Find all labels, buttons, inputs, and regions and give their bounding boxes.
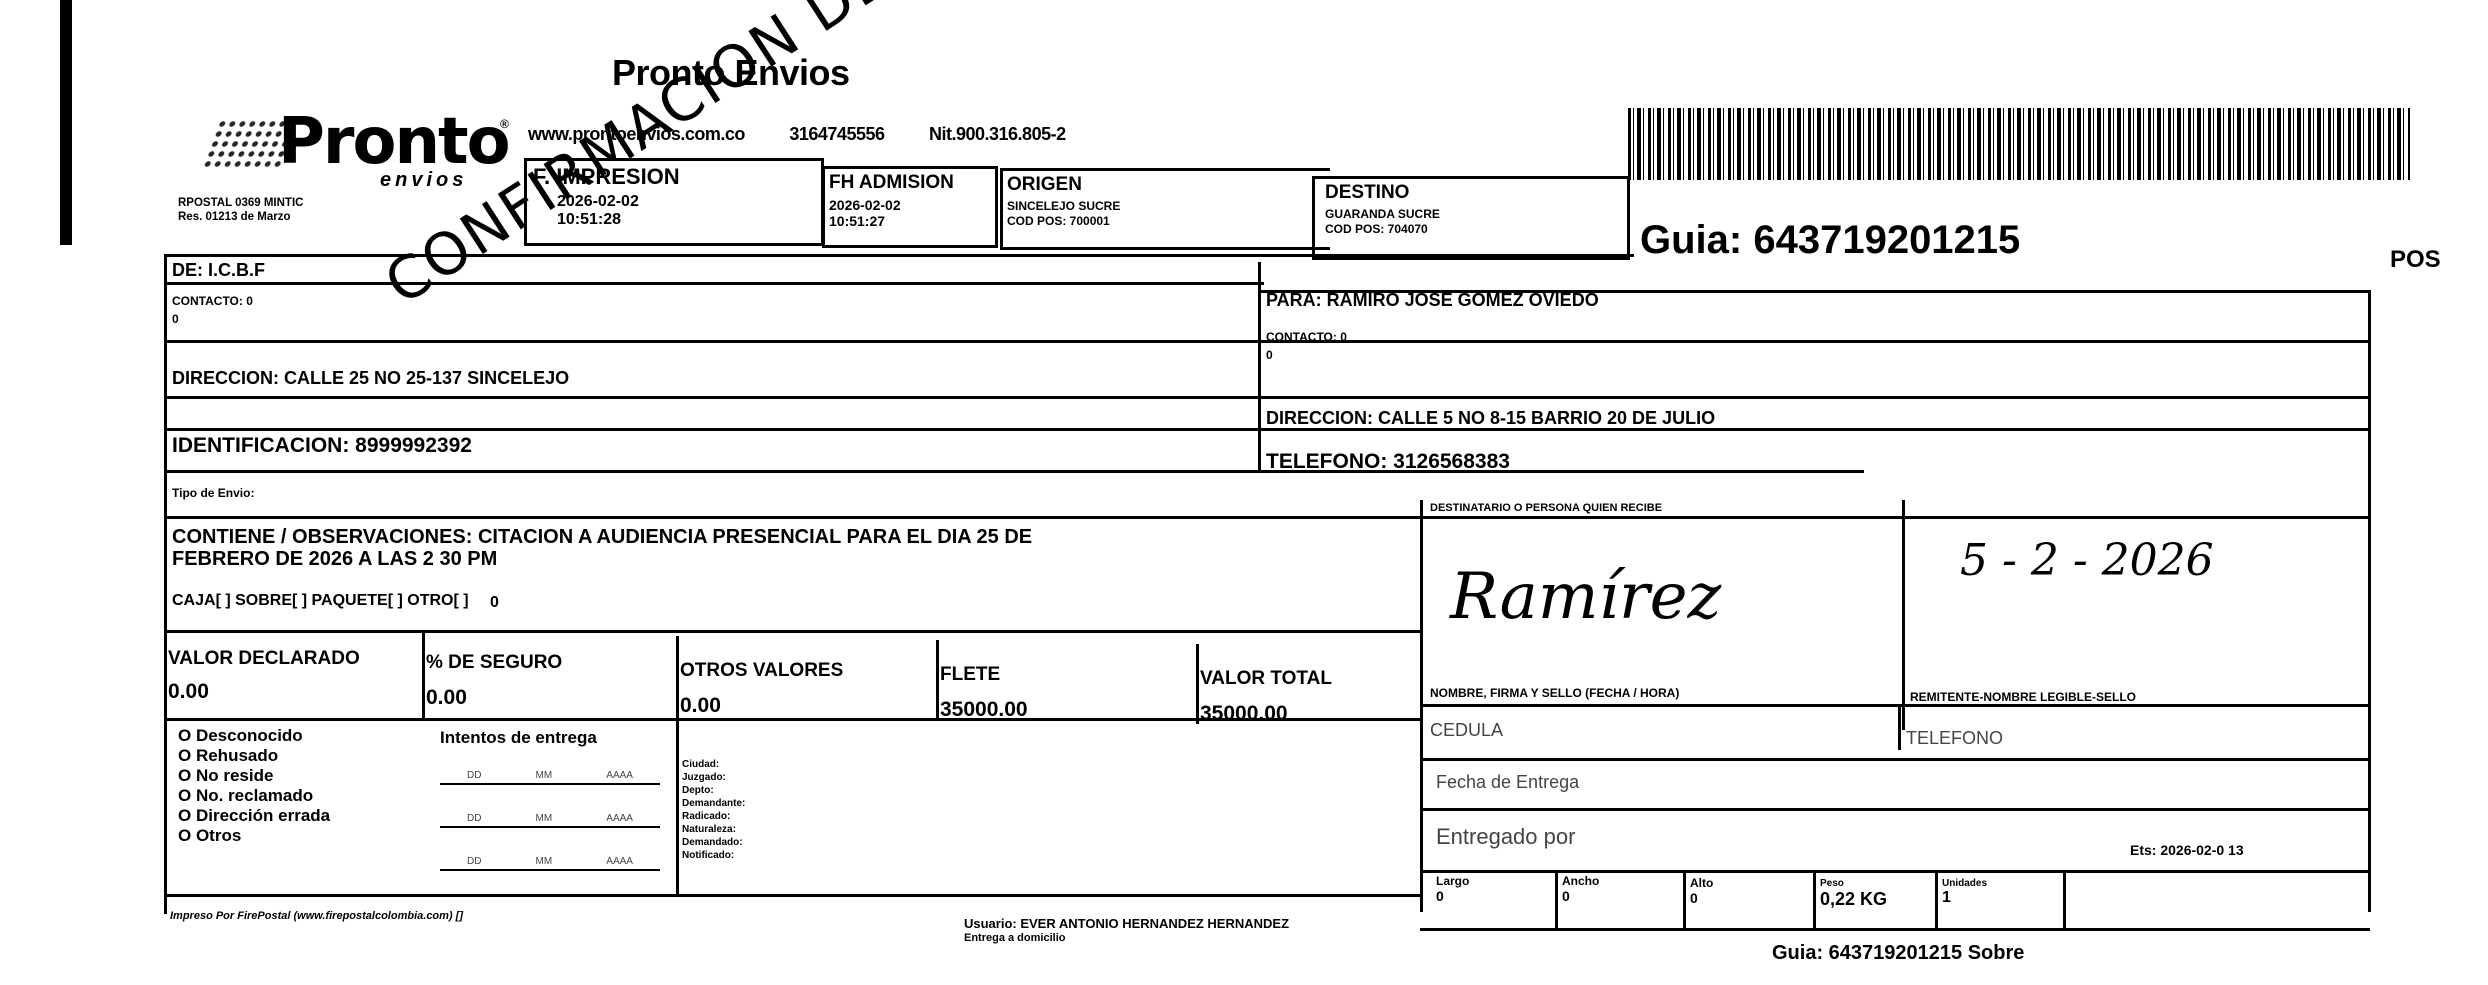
barcode bbox=[1628, 108, 2410, 180]
col-aaaa: AAAA bbox=[606, 813, 633, 824]
telefono-label: TELEFONO bbox=[1906, 728, 2003, 749]
reason-rehusado[interactable]: Rehusado bbox=[178, 746, 330, 766]
sender-name: DE: I.C.B.F bbox=[172, 260, 265, 281]
col-line bbox=[1196, 644, 1199, 724]
col-mm: MM bbox=[536, 770, 553, 781]
destino-box: DESTINO GUARANDA SUCRE COD POS: 704070 bbox=[1312, 176, 1630, 260]
col-aaaa: AAAA bbox=[606, 856, 633, 867]
tipo-envio-label: Tipo de Envio: bbox=[172, 486, 254, 500]
col-dd: DD bbox=[467, 770, 481, 781]
case-demandado: Demandado: bbox=[682, 836, 745, 849]
company-nit: Nit.900.316.805-2 bbox=[929, 124, 1066, 144]
case-juzgado: Juzgado: bbox=[682, 771, 745, 784]
destino-label: DESTINO bbox=[1315, 179, 1627, 207]
contiene-line-1: CONTIENE / OBSERVACIONES: CITACION A AUD… bbox=[172, 526, 1032, 549]
service-code: POS bbox=[2390, 246, 2441, 274]
case-demandante: Demandante: bbox=[682, 797, 745, 810]
recipient-address: DIRECCION: CALLE 5 NO 8-15 BARRIO 20 DE … bbox=[1266, 408, 1715, 429]
entrega-domicilio-label: Entrega a domicilio bbox=[964, 932, 1065, 944]
packaging-options: CAJA[ ] SOBRE[ ] PAQUETE[ ] OTRO[ ] bbox=[172, 592, 469, 610]
intentos-grid: DD MM AAAA DD MM AAAA DD MM AAAA bbox=[440, 770, 660, 871]
row-line bbox=[164, 470, 1864, 473]
intentos-label: Intentos de entrega bbox=[440, 728, 597, 748]
case-notificado: Notificado: bbox=[682, 849, 745, 862]
reason-no-reside[interactable]: No reside bbox=[178, 766, 330, 786]
sender-contact: CONTACTO: 0 bbox=[172, 294, 253, 308]
valor-total-label: VALOR TOTAL bbox=[1200, 668, 1332, 690]
row-line bbox=[164, 282, 1264, 285]
col-mm: MM bbox=[536, 813, 553, 824]
dimensions-row: Largo 0 Ancho 0 Alto 0 Peso 0,22 KG Unid… bbox=[1432, 872, 2066, 930]
dim-ancho: Ancho 0 bbox=[1558, 872, 1686, 930]
sender-recipient-divider bbox=[1258, 262, 1261, 470]
col-line bbox=[1902, 500, 1905, 730]
logo-word: Pronto bbox=[278, 105, 509, 179]
case-ciudad: Ciudad: bbox=[682, 758, 745, 771]
reason-otros[interactable]: Otros bbox=[178, 826, 330, 846]
license-line-2: Res. 01213 de Marzo bbox=[178, 210, 303, 224]
license-line-1: RPOSTAL 0369 MINTIC bbox=[178, 196, 303, 210]
license-info: RPOSTAL 0369 MINTIC Res. 01213 de Marzo bbox=[178, 196, 303, 224]
ets-timestamp: Ets: 2026-02-0 13 bbox=[2130, 842, 2244, 858]
dim-unidades: Unidades 1 bbox=[1938, 872, 2066, 930]
registered-mark-icon: ® bbox=[500, 117, 509, 131]
col-aaaa: AAAA bbox=[606, 770, 633, 781]
sender-address: DIRECCION: CALLE 25 NO 25-137 SINCELEJO bbox=[172, 368, 569, 389]
guia-number: Guia: 643719201215 bbox=[1640, 218, 2020, 263]
origen-city: SINCELEJO SUCRE bbox=[1003, 199, 1330, 214]
frame-left bbox=[164, 254, 167, 914]
case-radicado: Radicado: bbox=[682, 810, 745, 823]
fecha-entrega-label: Fecha de Entrega bbox=[1436, 772, 1579, 793]
col-line bbox=[676, 636, 679, 896]
recipient-signature: Ramírez bbox=[1450, 560, 1721, 634]
sender-id: IDENTIFICACION: 8999992392 bbox=[172, 434, 472, 458]
recipient-name: PARA: RAMIRO JOSE GOMEZ OVIEDO bbox=[1266, 290, 1599, 311]
origen-cod-pos: COD POS: 700001 bbox=[1003, 214, 1330, 229]
origen-label: ORIGEN bbox=[1003, 171, 1330, 199]
scan-edge-bar bbox=[60, 0, 72, 245]
destino-city: GUARANDA SUCRE bbox=[1315, 207, 1627, 222]
col-line bbox=[936, 640, 939, 720]
sender-contact-extra: 0 bbox=[172, 312, 179, 326]
case-info: Ciudad: Juzgado: Depto: Demandante: Radi… bbox=[682, 758, 745, 862]
case-naturaleza: Naturaleza: bbox=[682, 823, 745, 836]
cedula-label: CEDULA bbox=[1430, 720, 1503, 741]
col-line bbox=[1898, 704, 1901, 750]
contiene-line-2: FEBRERO DE 2026 A LAS 2 30 PM bbox=[172, 548, 497, 571]
remitente-label: REMITENTE-NOMBRE LEGIBLE-SELLO bbox=[1910, 690, 2136, 704]
row-line bbox=[1420, 808, 2370, 811]
case-depto: Depto: bbox=[682, 784, 745, 797]
col-mm: MM bbox=[536, 856, 553, 867]
otros-valores-label: OTROS VALORES bbox=[680, 660, 843, 682]
recipient-phone: TELEFONO: 3126568383 bbox=[1266, 450, 1510, 474]
seguro-label: % DE SEGURO bbox=[426, 652, 562, 674]
admision-date: 2026-02-02 bbox=[825, 197, 995, 213]
valor-declarado-value: 0.00 bbox=[168, 680, 209, 704]
handwritten-date: 5 - 2 - 2026 bbox=[1960, 535, 2214, 586]
origen-box: ORIGEN SINCELEJO SUCRE COD POS: 700001 bbox=[1000, 168, 1330, 250]
row-line bbox=[1420, 928, 2370, 931]
reason-no-reclamado[interactable]: No. reclamado bbox=[178, 786, 330, 806]
flete-value: 35000.00 bbox=[940, 698, 1028, 722]
col-dd: DD bbox=[467, 813, 481, 824]
admision-box: FH ADMISION 2026-02-02 10:51:27 bbox=[822, 166, 998, 248]
row-line bbox=[164, 894, 1422, 897]
frame-right bbox=[2368, 290, 2371, 912]
admision-time: 10:51:27 bbox=[825, 213, 995, 229]
otros-valores-value: 0.00 bbox=[680, 694, 721, 718]
destino-cod-pos: COD POS: 704070 bbox=[1315, 222, 1627, 237]
impresion-time: 10:51:28 bbox=[527, 211, 821, 229]
col-dd: DD bbox=[467, 856, 481, 867]
row-line bbox=[1420, 704, 2370, 707]
dim-peso: Peso 0,22 KG bbox=[1816, 872, 1938, 930]
seguro-value: 0.00 bbox=[426, 686, 467, 710]
guia-footer: Guia: 643719201215 Sobre bbox=[1772, 942, 2024, 965]
entregado-por-label: Entregado por bbox=[1436, 824, 1575, 850]
reason-desconocido[interactable]: Desconocido bbox=[178, 726, 330, 746]
flete-label: FLETE bbox=[940, 664, 1000, 686]
recipient-contact-extra: 0 bbox=[1266, 348, 1273, 362]
dim-largo: Largo 0 bbox=[1432, 872, 1558, 930]
destinatario-label: DESTINATARIO O PERSONA QUIEN RECIBE bbox=[1430, 502, 1662, 514]
valor-declarado-label: VALOR DECLARADO bbox=[168, 648, 360, 670]
return-reasons: Desconocido Rehusado No reside No. recla… bbox=[178, 726, 330, 846]
admision-label: FH ADMISION bbox=[825, 169, 995, 197]
valor-total-value: 35000.00 bbox=[1200, 702, 1288, 726]
logo-subtitle: envios bbox=[380, 169, 467, 192]
recipient-contact: CONTACTO: 0 bbox=[1266, 330, 1347, 344]
row-line bbox=[164, 396, 2370, 399]
nombre-firma-label: NOMBRE, FIRMA Y SELLO (FECHA / HORA) bbox=[1430, 686, 1679, 700]
usuario-label: Usuario: EVER ANTONIO HERNANDEZ HERNANDE… bbox=[964, 916, 1289, 931]
company-logo: Pronto envios ® bbox=[210, 105, 500, 195]
company-phone: 3164745556 bbox=[789, 124, 884, 144]
row-line bbox=[1420, 758, 2370, 761]
row-line bbox=[164, 516, 2370, 519]
printed-by: Impreso Por FirePostal (www.firepostalco… bbox=[170, 910, 463, 922]
dim-alto: Alto 0 bbox=[1686, 872, 1816, 930]
packaging-count: 0 bbox=[490, 594, 499, 612]
reason-direccion-errada[interactable]: Dirección errada bbox=[178, 806, 330, 826]
col-line bbox=[422, 632, 425, 720]
row-line bbox=[164, 630, 1422, 633]
